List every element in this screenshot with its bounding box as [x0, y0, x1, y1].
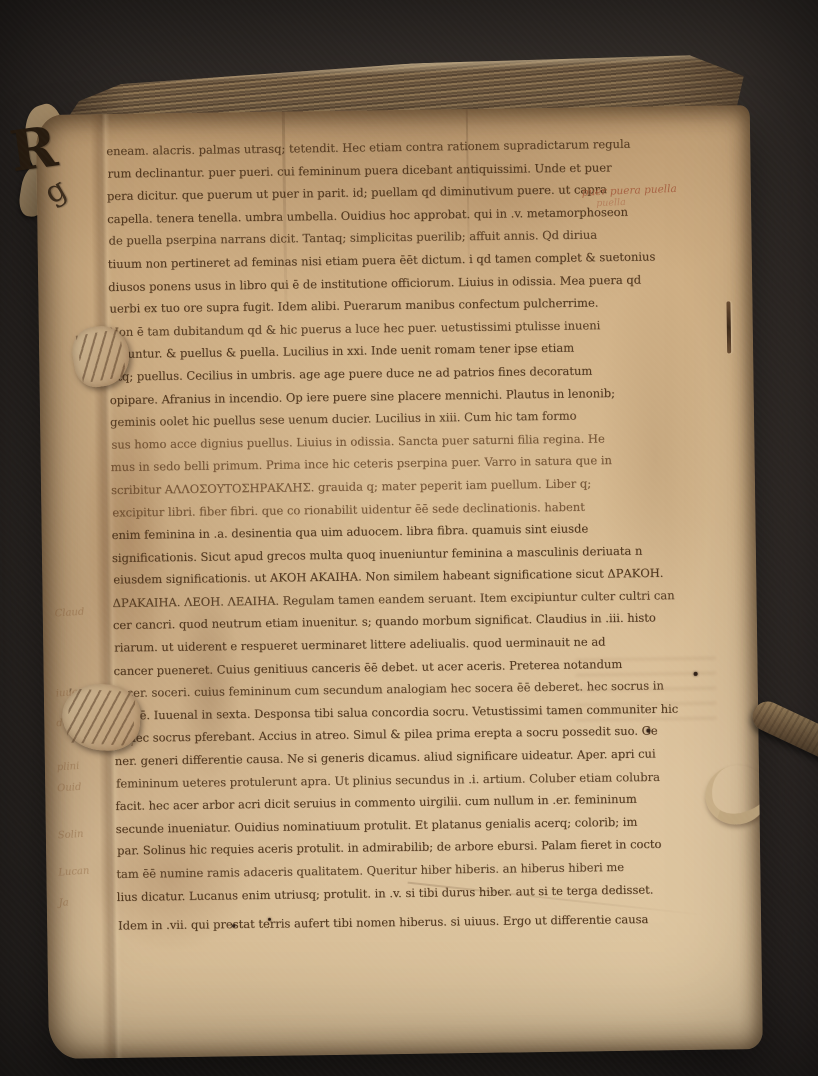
strap-slit — [726, 301, 731, 353]
margin-gloss: plini — [57, 761, 80, 773]
wormhole-speck — [694, 672, 698, 676]
parchment-tab — [700, 759, 763, 830]
wormhole-speck — [268, 918, 271, 921]
rubric-margin-note: puer puera puella puella — [582, 183, 678, 210]
margin-gloss: Ja — [58, 897, 69, 909]
wormhole-speck — [646, 729, 650, 733]
parchment-cover: eneam. alacris. palmas utrasq; tetendit.… — [36, 105, 763, 1059]
manuscript-text-block: eneam. alacris. palmas utrasq; tetendit.… — [106, 132, 669, 937]
repair-stitching — [60, 682, 142, 752]
margin-gloss: Ouid — [57, 782, 82, 795]
rubric-note-line2: puella — [596, 195, 677, 209]
faded-right-margin-gloss — [575, 646, 716, 722]
margin-gloss: Solin — [58, 829, 84, 842]
margin-gloss: Lucan — [58, 866, 90, 879]
text-line: Idem in .vii. qui prestat terris aufert … — [118, 908, 670, 937]
margin-gloss: Claud — [54, 607, 84, 620]
wormhole-speck — [232, 924, 235, 927]
manuscript-book: eneam. alacris. palmas utrasq; tetendit.… — [33, 53, 771, 1063]
photo-backdrop: eneam. alacris. palmas utrasq; tetendit.… — [0, 0, 818, 1076]
